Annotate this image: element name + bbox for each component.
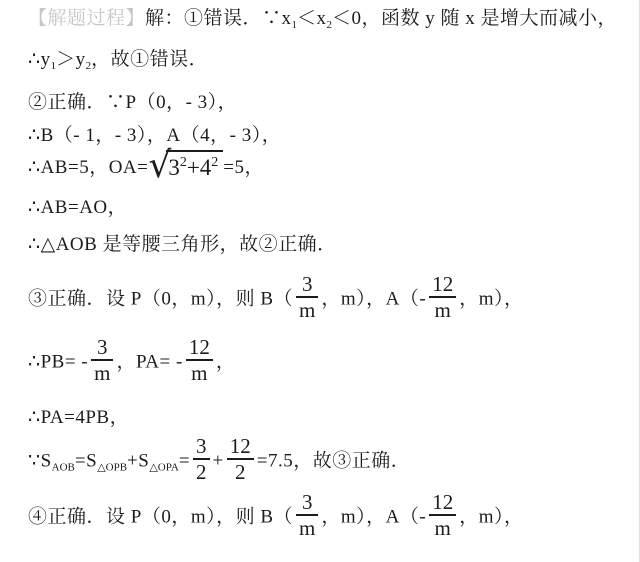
- text-run: ∴PB= -: [28, 351, 88, 372]
- text-run: ，: [216, 351, 236, 372]
- text-run: ，m），: [459, 288, 523, 309]
- fraction-numerator: 3: [91, 336, 113, 359]
- fraction-numerator: 3: [296, 273, 318, 296]
- fraction: 12m: [429, 273, 456, 321]
- fraction: 122: [227, 435, 254, 483]
- text-run: ＞y: [56, 49, 86, 70]
- subscript: AOB: [52, 461, 75, 473]
- fraction-numerator: 12: [429, 491, 456, 514]
- text-run: ，故①错误．: [91, 49, 208, 70]
- text-run: ∴B（- 1，- 3），A（4，- 3），: [28, 125, 281, 146]
- solution-text-body: 【解题过程】解：①错误．∵x1＜x2＜0，函数 y 随 x 是增大而减小，∴y1…: [0, 0, 639, 542]
- text-run: ∴△AOB 是等腰三角形，故②正确．: [28, 234, 337, 255]
- text-run: 3: [168, 155, 180, 180]
- fraction: 12m: [186, 336, 213, 384]
- line-4-points-a-b: ∴B（- 1，- 3），A（4，- 3），: [28, 122, 631, 149]
- fraction-denominator: m: [296, 514, 318, 539]
- line-5-ab-oa-lengths: ∴AB=5，OA=√32+42=5，: [28, 151, 631, 186]
- fraction-denominator: m: [296, 296, 318, 321]
- text-run: ∴AB=5，OA=: [28, 157, 148, 178]
- text-run: =7.5，故③正确．: [257, 450, 410, 471]
- subscript: △OPB: [97, 461, 127, 473]
- subscript: △OPA: [149, 461, 178, 473]
- fraction: 3m: [296, 491, 318, 539]
- fraction-numerator: 3: [193, 435, 210, 458]
- line-10-pa-equals-4pb: ∴PA=4PB，: [28, 404, 631, 431]
- section-label: 【解题过程】: [28, 8, 145, 29]
- fraction-denominator: m: [429, 296, 456, 321]
- text-run: ∴y: [28, 49, 51, 70]
- text-run: +S: [127, 450, 149, 471]
- text-run: =5，: [223, 157, 264, 178]
- text-run: ∴AB=AO，: [28, 197, 127, 218]
- line-11-area-sum: ∵SAOB=S△OPB+S△OPA=32+122=7.5，故③正确．: [28, 438, 631, 486]
- fraction-denominator: m: [429, 514, 456, 539]
- line-12-statement4-setup: ④正确．设 P（0，m），则 B（3m，m），A（-12m，m），: [28, 494, 631, 542]
- fraction-numerator: 12: [429, 273, 456, 296]
- fraction: 32: [193, 435, 210, 483]
- text-run: +: [213, 450, 224, 471]
- solution-document: 【解题过程】解：①错误．∵x1＜x2＜0，函数 y 随 x 是增大而减小，∴y1…: [0, 0, 640, 562]
- line-7-isosceles-triangle: ∴△AOB 是等腰三角形，故②正确．: [28, 231, 631, 258]
- radicand: 32+42: [166, 150, 223, 184]
- fraction: 3m: [91, 336, 113, 384]
- fraction-denominator: m: [186, 359, 213, 384]
- text-run: ④正确．设 P（0，m），则 B（: [28, 506, 293, 527]
- fraction: 12m: [429, 491, 456, 539]
- line-1-statement1-wrong: 【解题过程】解：①错误．∵x1＜x2＜0，函数 y 随 x 是增大而减小，: [28, 5, 631, 32]
- text-run: ∴PA=4PB，: [28, 407, 129, 428]
- fraction-denominator: 2: [227, 458, 254, 483]
- text-run: ＜0，函数 y 随 x 是增大而减小，: [332, 8, 617, 29]
- text-run: +4: [187, 155, 211, 180]
- text-run: =S: [75, 450, 97, 471]
- text-run: ，PA= -: [116, 351, 182, 372]
- fraction-denominator: m: [91, 359, 113, 384]
- text-run: ＜x: [297, 8, 327, 29]
- sqrt-expression: √32+42: [148, 149, 223, 184]
- superscript: 2: [211, 155, 218, 170]
- line-6-ab-equals-ao: ∴AB=AO，: [28, 194, 631, 221]
- text-run: ，m），: [459, 506, 523, 527]
- fraction-numerator: 12: [186, 336, 213, 359]
- line-9-pb-pa-values: ∴PB= -3m，PA= -12m，: [28, 339, 631, 387]
- text-run: ②正确．∵P（0，- 3），: [28, 92, 237, 113]
- text-run: ∵S: [28, 450, 52, 471]
- text-run: =: [179, 450, 190, 471]
- text-run: ，m），A（-: [321, 288, 426, 309]
- line-8-statement3-setup: ③正确．设 P（0，m），则 B（3m，m），A（-12m，m），: [28, 276, 631, 324]
- line-2-y1-gt-y2: ∴y1＞y2，故①错误．: [28, 46, 631, 73]
- text-run: 解：①错误．∵x: [145, 8, 292, 29]
- fraction-denominator: 2: [193, 458, 210, 483]
- text-run: ③正确．设 P（0，m），则 B（: [28, 288, 293, 309]
- line-3-statement2-correct: ②正确．∵P（0，- 3），: [28, 89, 631, 116]
- fraction-numerator: 12: [227, 435, 254, 458]
- fraction-numerator: 3: [296, 491, 318, 514]
- text-run: ，m），A（-: [321, 506, 426, 527]
- fraction: 3m: [296, 273, 318, 321]
